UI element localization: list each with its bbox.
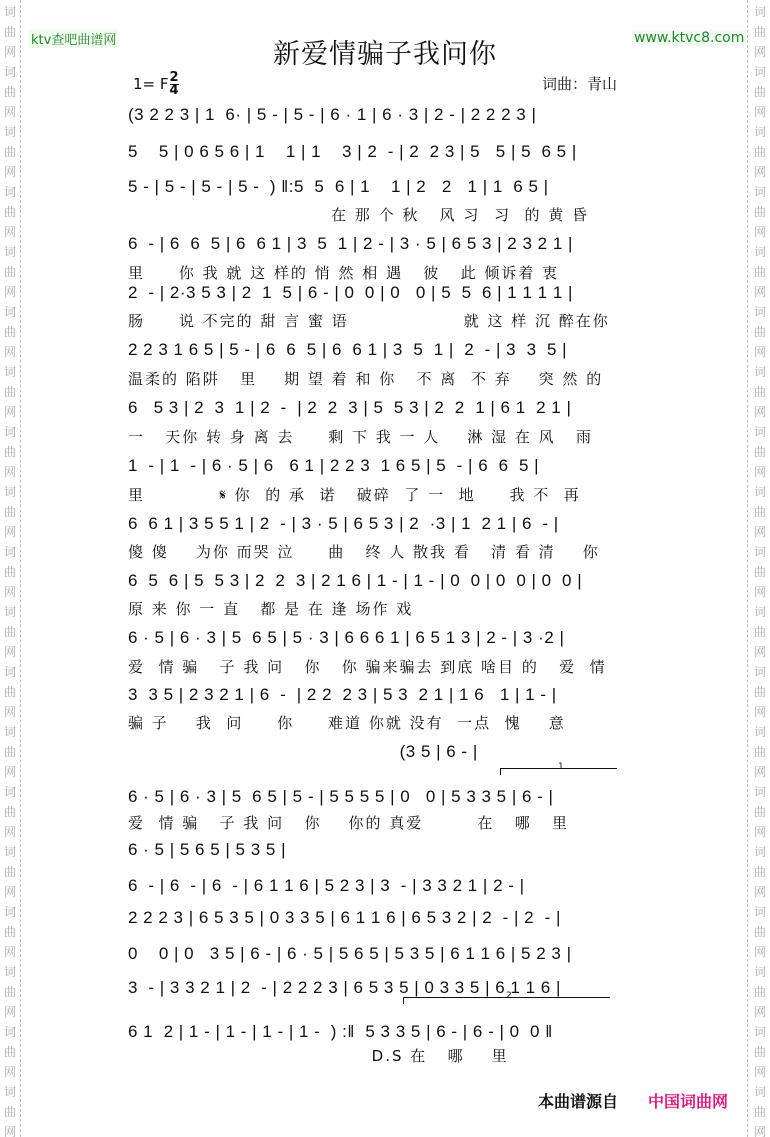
watermark-char: 网 <box>2 882 18 902</box>
lyrics-row: 温柔的 陷阱 里 期 望 着 和 你 不 离 不 弃 突 然 的 <box>128 368 622 389</box>
watermark-char: 词 <box>2 722 18 742</box>
watermark-char: 曲 <box>752 682 768 702</box>
watermark-char: 词 <box>2 782 18 802</box>
lyrics-row: 爱 情 骗 子 我 问 你 你的 真爱 在 哪 里 <box>128 812 622 833</box>
watermark-char: 词 <box>752 662 768 682</box>
watermark-text: 词曲网 <box>2 362 18 422</box>
watermark-char: 曲 <box>752 742 768 762</box>
watermark-char: 曲 <box>752 562 768 582</box>
lyrics-row: 里 你 我 就 这 样的 悄 然 相 遇 彼 此 倾诉着 衷 <box>128 262 622 283</box>
watermark-text: 词曲网 <box>2 62 18 122</box>
watermark-char: 网 <box>2 762 18 782</box>
watermark-char: 曲 <box>752 622 768 642</box>
notation-row: (3 2 2 3 | 1 6· | 5 - | 5 - | 6 · 1 | 6 … <box>128 105 622 125</box>
watermark-char: 网 <box>2 522 18 542</box>
watermark-text: 词曲网 <box>2 122 18 182</box>
lyrics-row: 在 那 个 秋 风 习 习 的 黄 昏 <box>128 204 622 225</box>
watermark-char: 曲 <box>2 142 18 162</box>
watermark-text: 词曲网 <box>752 542 768 602</box>
watermark-text: 词曲网 <box>2 182 18 242</box>
watermark-char: 网 <box>2 822 18 842</box>
watermark-text: 词曲网 <box>2 542 18 602</box>
watermark-char: 网 <box>2 342 18 362</box>
source-site-link[interactable]: 中国词曲网 <box>648 1089 728 1112</box>
watermark-char: 词 <box>2 242 18 262</box>
watermark-text: 词曲网 <box>2 662 18 722</box>
watermark-char: 词 <box>752 182 768 202</box>
watermark-char: 词 <box>752 302 768 322</box>
watermark-char: 词 <box>752 902 768 922</box>
watermark-char: 网 <box>2 1122 18 1137</box>
lyrics-row: 爱 情 骗 子 我 问 你 你 骗来骗去 到底 啥目 的 爱 情 <box>128 656 622 677</box>
watermark-text: 词曲网 <box>752 662 768 722</box>
notation-row: 2 2 3 1 6 5 | 5 - | 6 6 5 | 6 6 1 | 3 5 … <box>128 340 622 360</box>
watermark-text: 词曲网 <box>752 482 768 542</box>
watermark-text: 词曲网 <box>752 302 768 362</box>
volta-number: 1 <box>558 762 564 772</box>
watermark-char: 网 <box>2 102 18 122</box>
watermark-text: 词曲网 <box>752 602 768 662</box>
watermark-char: 曲 <box>752 862 768 882</box>
watermark-text: 词曲网 <box>752 182 768 242</box>
time-signature: 24 <box>170 72 179 97</box>
watermark-text: 词曲网 <box>752 722 768 782</box>
watermark-text: 词曲网 <box>752 842 768 902</box>
source-label: 本曲谱源自 <box>538 1089 618 1112</box>
notation-row: 6 - | 6 6 5 | 6 6 1 | 3 5 1 | 2 - | 3 · … <box>128 234 622 254</box>
notation-row: 6 1 2 | 1 - | 1 - | 1 - | 1 - ) :‖ 5 3 3… <box>128 1022 622 1042</box>
watermark-char: 网 <box>752 702 768 722</box>
watermark-char: 网 <box>752 642 768 662</box>
watermark-char: 曲 <box>752 262 768 282</box>
watermark-char: 曲 <box>752 502 768 522</box>
watermark-char: 网 <box>752 522 768 542</box>
watermark-text: 词曲网 <box>752 962 768 1022</box>
watermark-char: 词 <box>752 1022 768 1042</box>
watermark-char: 曲 <box>2 622 18 642</box>
watermark-char: 词 <box>752 602 768 622</box>
watermark-char: 曲 <box>752 142 768 162</box>
watermark-text: 词曲网 <box>2 722 18 782</box>
watermark-char: 网 <box>752 102 768 122</box>
notation-row: 2 - | 2·3 5 3 | 2 1 5 | 6 - | 0 0 | 0 0 … <box>128 283 622 303</box>
notation-row: 6 5 3 | 2 3 1 | 2 - | 2 2 3 | 5 5 3 | 2 … <box>128 398 622 418</box>
lyrics-row: 骗 子 我 问 你 难道 你就 没有 一点 愧 意 <box>128 712 622 733</box>
watermark-text: 词曲网 <box>752 62 768 122</box>
lyrics-row: D.S 在 哪 里 <box>128 1045 622 1066</box>
notation-row: 6 · 5 | 5 6 5 | 5 3 5 | <box>128 840 622 860</box>
watermark-char: 曲 <box>2 82 18 102</box>
watermark-char: 词 <box>2 2 18 22</box>
watermark-char: 词 <box>752 122 768 142</box>
notation-row: 6 6 1 | 3 5 5 1 | 2 - | 3 · 5 | 6 5 3 | … <box>128 514 622 534</box>
watermark-char: 网 <box>2 222 18 242</box>
watermark-char: 网 <box>752 882 768 902</box>
watermark-char: 曲 <box>752 982 768 1002</box>
watermark-char: 网 <box>2 702 18 722</box>
watermark-char: 网 <box>752 342 768 362</box>
key-label: 1= F <box>133 75 169 93</box>
watermark-char: 网 <box>2 402 18 422</box>
watermark-char: 曲 <box>2 442 18 462</box>
watermark-char: 网 <box>752 1002 768 1022</box>
watermark-char: 网 <box>752 222 768 242</box>
watermark-char: 词 <box>2 962 18 982</box>
watermark-char: 曲 <box>2 742 18 762</box>
watermark-text: 词曲网 <box>2 1082 18 1137</box>
watermark-text: 词曲网 <box>2 422 18 482</box>
watermark-char: 曲 <box>2 202 18 222</box>
watermark-text: 词曲网 <box>2 302 18 362</box>
watermark-char: 曲 <box>752 442 768 462</box>
watermark-char: 网 <box>752 582 768 602</box>
left-watermark-strip: 词曲网词曲网词曲网词曲网词曲网词曲网词曲网词曲网词曲网词曲网词曲网词曲网词曲网词… <box>0 0 21 1137</box>
watermark-char: 网 <box>752 402 768 422</box>
watermark-char: 曲 <box>2 682 18 702</box>
watermark-char: 网 <box>2 942 18 962</box>
watermark-char: 曲 <box>752 922 768 942</box>
watermark-char: 词 <box>2 122 18 142</box>
watermark-char: 曲 <box>2 922 18 942</box>
watermark-char: 曲 <box>752 82 768 102</box>
watermark-char: 网 <box>752 1062 768 1082</box>
watermark-char: 词 <box>2 542 18 562</box>
watermark-text: 词曲网 <box>752 1022 768 1082</box>
watermark-char: 网 <box>2 582 18 602</box>
watermark-text: 词曲网 <box>2 242 18 302</box>
notation-row: 1 - | 1 - | 6 · 5 | 6 6 1 | 2 2 3 1 6 5 … <box>128 456 622 476</box>
watermark-char: 网 <box>752 462 768 482</box>
watermark-char: 词 <box>2 182 18 202</box>
notation-row: 6 · 5 | 6 · 3 | 5 6 5 | 5 · 3 | 6 6 6 1 … <box>128 628 622 648</box>
notation-row: 6 5 6 | 5 5 3 | 2 2 3 | 2 1 6 | 1 - | 1 … <box>128 571 622 591</box>
watermark-char: 词 <box>2 302 18 322</box>
watermark-text: 词曲网 <box>2 482 18 542</box>
watermark-char: 词 <box>2 602 18 622</box>
notation-row: 5 5 | 0 6 5 6 | 1 1 | 1 3 | 2 - | 2 2 3 … <box>128 142 622 162</box>
watermark-char: 网 <box>2 1062 18 1082</box>
watermark-char: 词 <box>752 842 768 862</box>
lyrics-row: 一 天你 转 身 离 去 剩 下 我 一 人 淋 湿 在 风 雨 <box>128 426 622 447</box>
watermark-char: 词 <box>752 422 768 442</box>
key-signature: 1= F24 <box>133 72 179 97</box>
lyricist-composer-credit: 词曲：青山 <box>542 73 617 94</box>
watermark-char: 曲 <box>752 1042 768 1062</box>
watermark-text: 词曲网 <box>2 902 18 962</box>
watermark-char: 词 <box>2 362 18 382</box>
watermark-text: 词曲网 <box>752 1082 768 1137</box>
notation-row: 0 0 | 0 3 5 | 6 - | 6 · 5 | 5 6 5 | 5 3 … <box>128 944 622 964</box>
watermark-char: 曲 <box>2 562 18 582</box>
time-sig-denominator: 4 <box>170 85 179 97</box>
watermark-text: 词曲网 <box>752 242 768 302</box>
lyrics-row: 里 𝄋 你 的 承 诺 破碎 了 一 地 我 不 再 <box>128 484 622 505</box>
watermark-char: 词 <box>752 242 768 262</box>
lyrics-row: 傻 傻 为你 而哭 泣 曲 终 人 散我 看 清 看 清 你 <box>128 541 622 562</box>
watermark-char: 词 <box>2 482 18 502</box>
watermark-char: 词 <box>2 1022 18 1042</box>
watermark-char: 网 <box>2 642 18 662</box>
watermark-char: 网 <box>752 282 768 302</box>
watermark-char: 曲 <box>2 382 18 402</box>
watermark-text: 词曲网 <box>2 602 18 662</box>
notation-row: 6 · 5 | 6 · 3 | 5 6 5 | 5 - | 5 5 5 5 | … <box>128 787 622 807</box>
notation-row: 6 - | 6 - | 6 - | 6 1 1 6 | 5 2 3 | 3 - … <box>128 876 622 896</box>
watermark-text: 词曲网 <box>752 782 768 842</box>
watermark-char: 网 <box>2 162 18 182</box>
watermark-char: 词 <box>752 722 768 742</box>
watermark-char: 词 <box>752 362 768 382</box>
watermark-char: 曲 <box>2 502 18 522</box>
watermark-char: 网 <box>752 822 768 842</box>
watermark-char: 网 <box>752 762 768 782</box>
watermark-char: 词 <box>752 482 768 502</box>
watermark-char: 词 <box>752 962 768 982</box>
watermark-char: 网 <box>752 1122 768 1137</box>
watermark-char: 词 <box>2 902 18 922</box>
watermark-char: 曲 <box>2 1042 18 1062</box>
watermark-char: 网 <box>752 162 768 182</box>
watermark-char: 词 <box>752 2 768 22</box>
watermark-char: 曲 <box>2 802 18 822</box>
watermark-char: 曲 <box>2 862 18 882</box>
notation-row: 3 - | 3 3 2 1 | 2 - | 2 2 2 3 | 6 5 3 5 … <box>128 978 622 998</box>
notation-row: 5 - | 5 - | 5 - | 5 - ) ‖:5 5 6 | 1 1 | … <box>128 177 622 197</box>
watermark-char: 词 <box>2 422 18 442</box>
watermark-char: 词 <box>2 662 18 682</box>
watermark-char: 网 <box>2 462 18 482</box>
watermark-char: 词 <box>2 842 18 862</box>
watermark-char: 词 <box>752 782 768 802</box>
watermark-text: 词曲网 <box>2 1022 18 1082</box>
watermark-text: 词曲网 <box>752 422 768 482</box>
watermark-char: 曲 <box>752 382 768 402</box>
lyrics-row: 原 来 你 一 直 都 是 在 逢 场作 戏 <box>128 598 622 619</box>
watermark-char: 词 <box>752 542 768 562</box>
notation-row: (3 5 | 6 - | <box>128 742 622 762</box>
watermark-text: 词曲网 <box>752 902 768 962</box>
watermark-char: 曲 <box>2 322 18 342</box>
right-watermark-strip: 词曲网词曲网词曲网词曲网词曲网词曲网词曲网词曲网词曲网词曲网词曲网词曲网词曲网词… <box>747 0 770 1137</box>
watermark-char: 曲 <box>2 262 18 282</box>
notation-row: 2 2 2 3 | 6 5 3 5 | 0 3 3 5 | 6 1 1 6 | … <box>128 908 622 928</box>
watermark-text: 词曲网 <box>2 842 18 902</box>
watermark-char: 曲 <box>752 1102 768 1122</box>
watermark-text: 词曲网 <box>2 962 18 1022</box>
watermark-text: 词曲网 <box>2 782 18 842</box>
watermark-char: 曲 <box>2 982 18 1002</box>
watermark-text: 词曲网 <box>752 122 768 182</box>
watermark-text: 词曲网 <box>752 362 768 422</box>
watermark-char: 曲 <box>752 802 768 822</box>
volta-number: 2 <box>506 991 512 1001</box>
lyrics-row: 肠 说 不完的 甜 言 蜜 语 就 这 样 沉 醉在你 <box>128 310 622 331</box>
watermark-char: 词 <box>2 1082 18 1102</box>
song-title: 新爱情骗子我问你 <box>0 32 770 71</box>
watermark-char: 网 <box>2 282 18 302</box>
watermark-char: 曲 <box>752 322 768 342</box>
watermark-char: 词 <box>752 1082 768 1102</box>
watermark-char: 网 <box>2 1002 18 1022</box>
watermark-char: 网 <box>752 942 768 962</box>
notation-row: 3 3 5 | 2 3 2 1 | 6 - | 2 2 2 3 | 5 3 2 … <box>128 685 622 705</box>
watermark-char: 曲 <box>752 202 768 222</box>
watermark-char: 曲 <box>2 1102 18 1122</box>
